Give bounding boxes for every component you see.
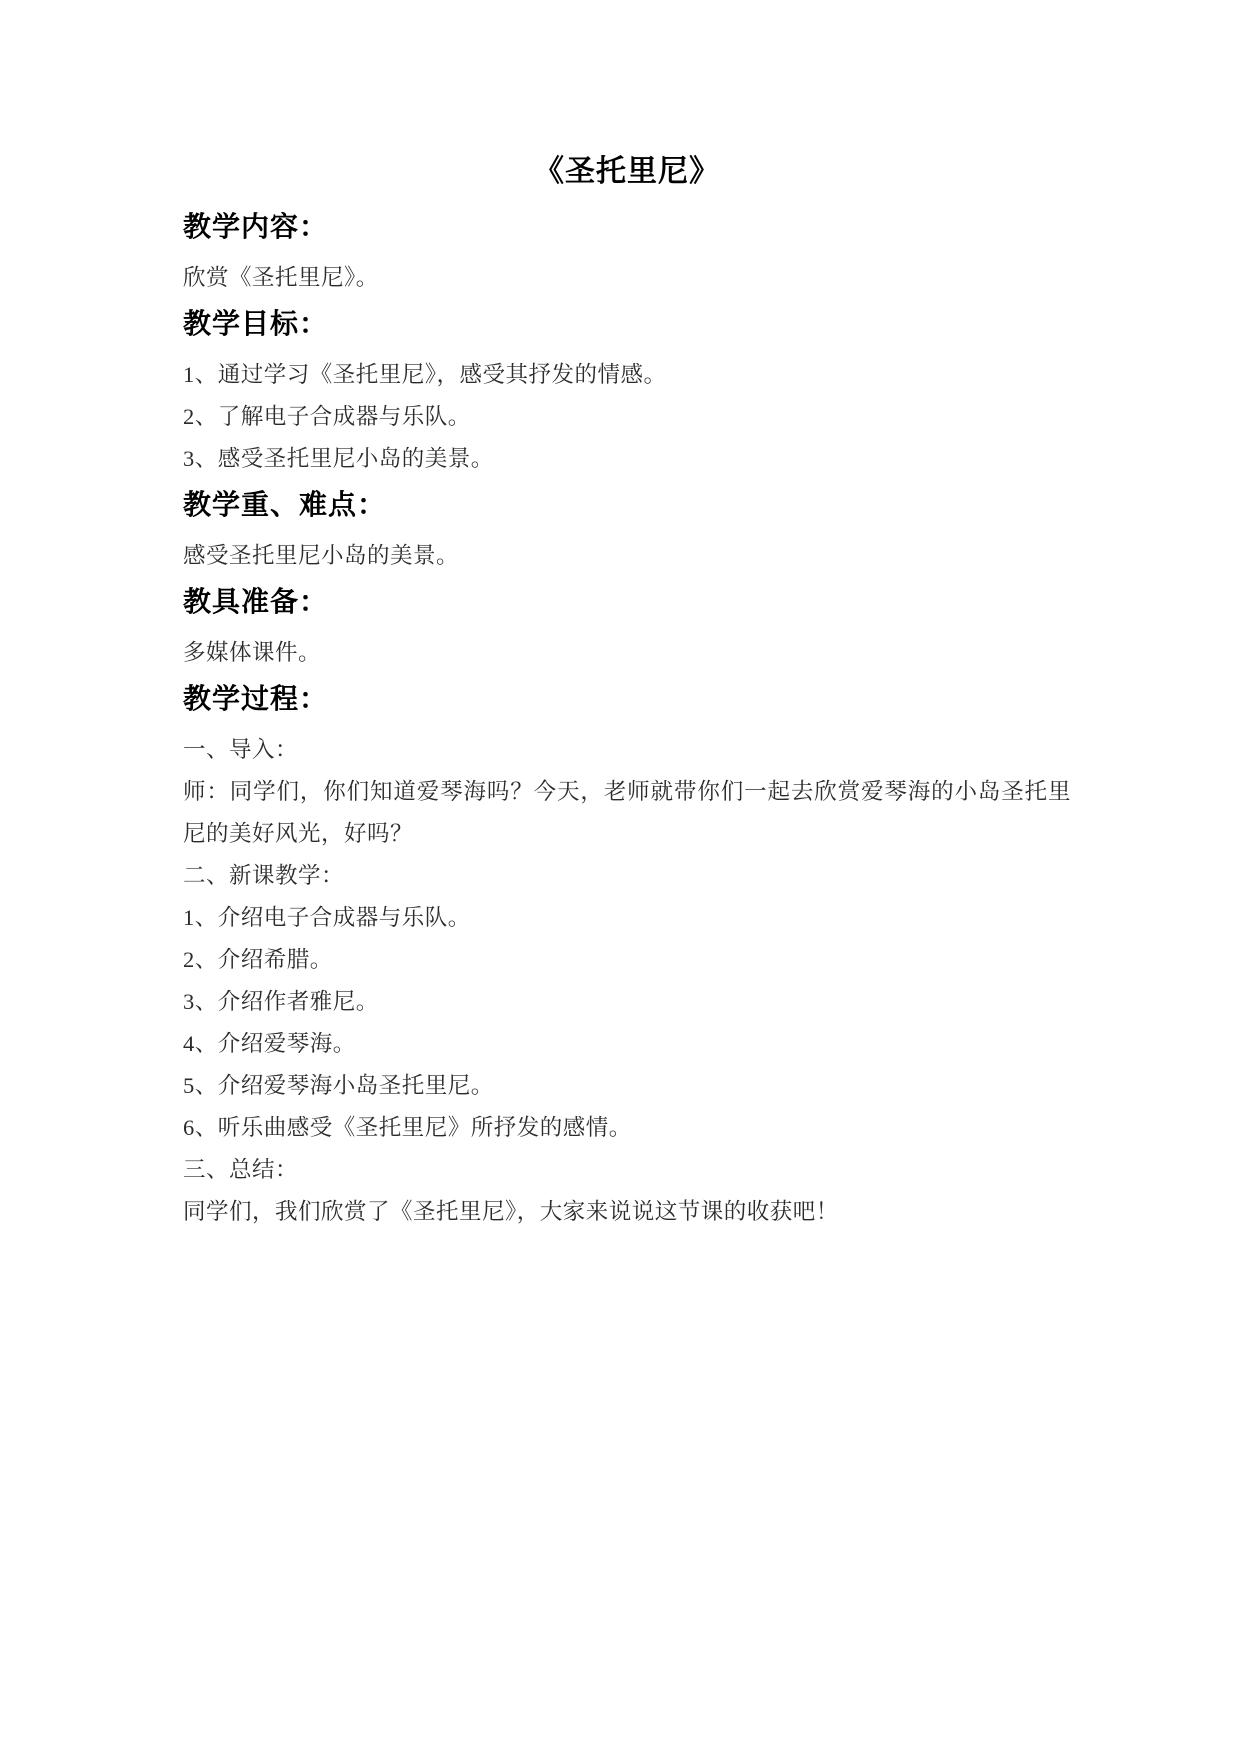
subsection-label: 三、总结： (183, 1149, 1071, 1191)
list-item: 6、听乐曲感受《圣托里尼》所抒发的感情。 (183, 1107, 1071, 1149)
section-heading-teaching-goals: 教学目标： (183, 301, 1071, 349)
list-item: 3、感受圣托里尼小岛的美景。 (183, 438, 1071, 480)
list-item: 3、介绍作者雅尼。 (183, 981, 1071, 1023)
list-item: 4、介绍爱琴海。 (183, 1023, 1071, 1065)
paragraph: 同学们，我们欣赏了《圣托里尼》，大家来说说这节课的收获吧！ (183, 1191, 1071, 1233)
subsection-label: 二、新课教学： (183, 855, 1071, 897)
paragraph: 多媒体课件。 (183, 632, 1071, 674)
section-heading-teaching-process: 教学过程： (183, 676, 1071, 724)
subsection-label: 一、导入： (183, 729, 1071, 771)
paragraph: 欣赏《圣托里尼》。 (183, 257, 1071, 299)
section-heading-teaching-content: 教学内容： (183, 204, 1071, 252)
list-item: 5、介绍爱琴海小岛圣托里尼。 (183, 1065, 1071, 1107)
list-item: 2、介绍希腊。 (183, 939, 1071, 981)
list-item: 2、了解电子合成器与乐队。 (183, 396, 1071, 438)
section-heading-teaching-aids: 教具准备： (183, 579, 1071, 627)
paragraph: 师：同学们，你们知道爱琴海吗？今天，老师就带你们一起去欣赏爱琴海的小岛圣托里尼的… (183, 771, 1071, 855)
section-heading-key-difficulties: 教学重、难点： (183, 482, 1071, 530)
list-item: 1、介绍电子合成器与乐队。 (183, 897, 1071, 939)
list-item: 1、通过学习《圣托里尼》，感受其抒发的情感。 (183, 354, 1071, 396)
paragraph: 感受圣托里尼小岛的美景。 (183, 535, 1071, 577)
document-page: 《圣托里尼》 教学内容： 欣赏《圣托里尼》。 教学目标： 1、通过学习《圣托里尼… (0, 0, 1241, 1754)
document-title: 《圣托里尼》 (183, 152, 1071, 192)
